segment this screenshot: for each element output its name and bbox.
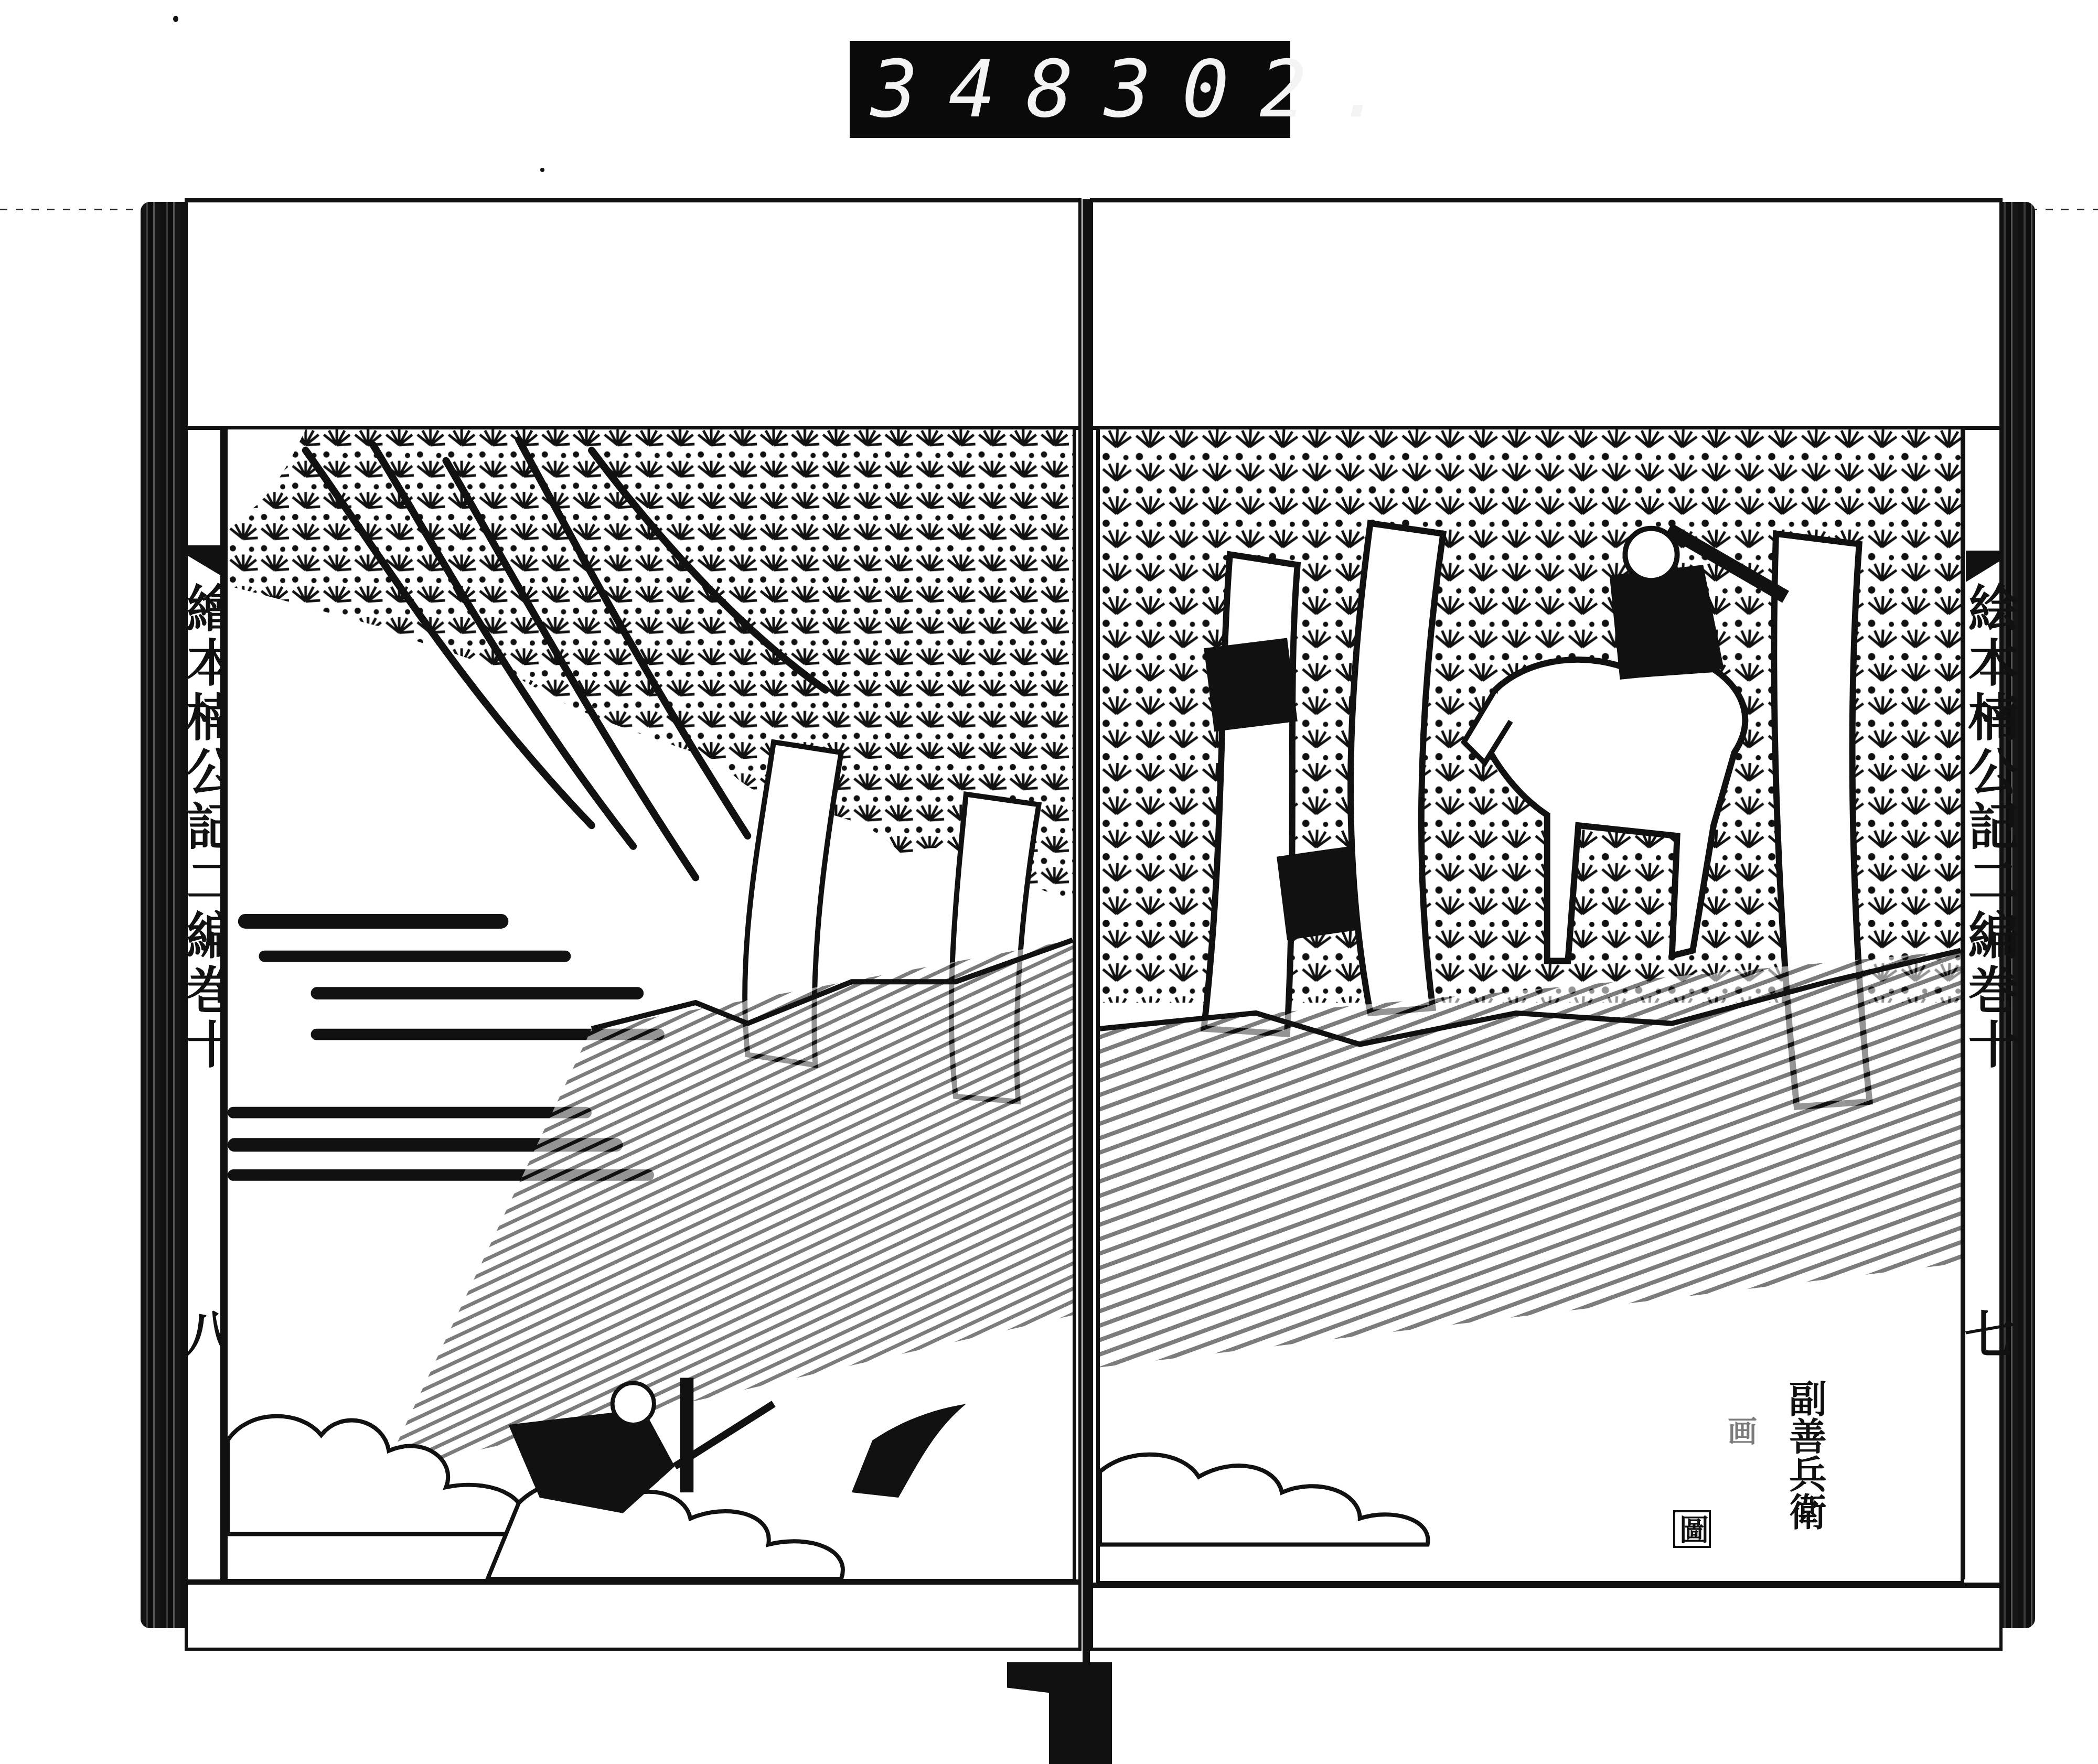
ink-speck — [173, 16, 178, 22]
artist-seal: 圖 — [1673, 1510, 1711, 1548]
right-page-number: 七 — [1964, 1295, 2015, 1367]
right-spine-title: 絵本楠公記二編巻十 — [1964, 582, 2015, 1073]
left-illustration — [224, 426, 1076, 1583]
binding-tab — [1007, 1662, 1112, 1764]
ink-speck — [540, 168, 544, 172]
counter-right-number: 302. — [1104, 50, 1415, 129]
scan-counter-label: 348 302. — [850, 41, 1290, 138]
right-scene-artwork — [1100, 429, 1961, 1581]
counter-left-number: 348 — [871, 50, 1104, 129]
right-illustration — [1096, 426, 1964, 1585]
artist-signature: 副善兵衛 — [1786, 1379, 1824, 1530]
center-binding — [1083, 199, 1090, 1678]
artist-signature-secondary: 画 — [1726, 1416, 1755, 1445]
left-scene-artwork — [228, 429, 1073, 1579]
